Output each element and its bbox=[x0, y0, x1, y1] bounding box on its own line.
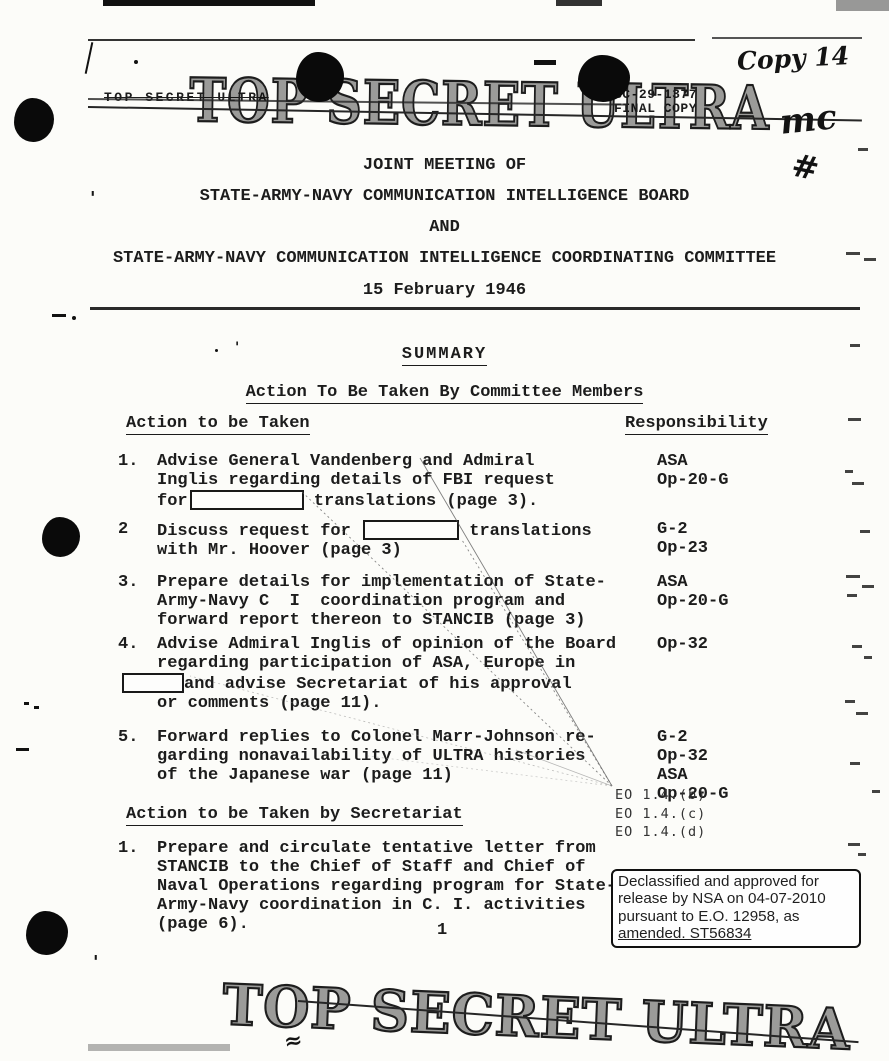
scan-artifact bbox=[85, 42, 94, 74]
title-line-1: JOINT MEETING OF bbox=[0, 156, 889, 175]
column-header-responsibility: Responsibility bbox=[625, 414, 768, 435]
hash-mark-annotation: # bbox=[788, 146, 822, 189]
scan-artifact bbox=[836, 0, 889, 11]
summary-heading: SUMMARY bbox=[402, 345, 487, 366]
scan-artifact: ' bbox=[93, 952, 99, 973]
scan-artifact bbox=[88, 1044, 230, 1051]
scan-artifact bbox=[858, 148, 868, 151]
action-item: 1.Advise General Vandenberg and AdmiralI… bbox=[118, 452, 889, 511]
action-text-line: of the Japanese war (page 11) bbox=[157, 766, 657, 785]
scan-artifact bbox=[103, 0, 315, 6]
redaction-box bbox=[190, 490, 304, 510]
scan-artifact bbox=[52, 314, 66, 317]
scan-artifact: ' bbox=[235, 340, 239, 356]
secretariat-actions-heading: Action to be Taken by Secretariat bbox=[126, 805, 463, 826]
title-line-2: STATE-ARMY-NAVY COMMUNICATION INTELLIGEN… bbox=[0, 187, 889, 206]
scan-artifact bbox=[88, 39, 695, 41]
action-text-line: Army-Navy C I coordination program and bbox=[157, 592, 657, 611]
scan-artifact bbox=[862, 585, 874, 588]
divider-rule bbox=[90, 307, 860, 310]
declass-line: release by NSA on 04-07-2010 bbox=[618, 890, 856, 907]
copy-number-annotation: Copy 14 bbox=[736, 41, 849, 76]
committee-actions-heading: Action To Be Taken By Committee Members bbox=[246, 383, 644, 404]
item-number: 1. bbox=[118, 452, 157, 511]
scan-artifact bbox=[846, 252, 860, 255]
responsibility-line: G-2 bbox=[657, 728, 889, 747]
action-item: 2Discuss request for translationswith Mr… bbox=[118, 520, 889, 560]
ink-blot bbox=[14, 98, 54, 142]
action-text-line: forward report thereon to STANCIB (page … bbox=[157, 611, 657, 630]
redaction-box bbox=[122, 673, 184, 693]
scan-artifact bbox=[134, 60, 138, 64]
action-text-line: Naval Operations regarding program for S… bbox=[157, 877, 657, 896]
scan-artifact bbox=[556, 0, 602, 6]
scan-artifact bbox=[852, 645, 862, 648]
action-text-line: Army-Navy coordination in C. I. activiti… bbox=[157, 896, 657, 915]
scan-artifact bbox=[856, 712, 868, 715]
action-item: 4.Advise Admiral Inglis of opinion of th… bbox=[118, 635, 889, 713]
top-secret-ultra-stamp-top: TOP SECRET ULTRA bbox=[189, 66, 770, 144]
top-secret-ultra-stamp-bottom: TOP SECRET ULTRA bbox=[221, 972, 852, 1061]
action-text-line: for translations (page 3). bbox=[157, 490, 657, 511]
responsibility: G-2Op-23 bbox=[657, 520, 889, 560]
action-text-line: Prepare and circulate tentative letter f… bbox=[157, 839, 657, 858]
item-number: 2 bbox=[118, 520, 157, 560]
action-text-line: and advise Secretariat of his approval bbox=[157, 673, 657, 694]
declass-line: pursuant to E.O. 12958, as bbox=[618, 908, 856, 925]
scan-artifact bbox=[215, 349, 218, 352]
action-text-line: (page 6). bbox=[157, 915, 657, 934]
action-text: Prepare details for implementation of St… bbox=[157, 573, 657, 630]
action-text: Discuss request for translationswith Mr.… bbox=[157, 520, 657, 560]
scan-artifact bbox=[846, 575, 860, 578]
scan-artifact bbox=[864, 656, 872, 659]
scan-artifact bbox=[845, 470, 853, 473]
responsibility-line: G-2 bbox=[657, 520, 889, 539]
scan-artifact bbox=[72, 316, 76, 320]
ink-blot bbox=[534, 60, 556, 65]
responsibility-line: ASA bbox=[657, 766, 889, 785]
action-text-line: STANCIB to the Chief of Staff and Chief … bbox=[157, 858, 657, 877]
scan-artifact bbox=[848, 843, 860, 846]
title-date: 15 February 1946 bbox=[0, 281, 889, 300]
title-line-4: STATE-ARMY-NAVY COMMUNICATION INTELLIGEN… bbox=[0, 249, 889, 268]
scan-artifact bbox=[860, 530, 870, 533]
scan-artifact bbox=[24, 702, 29, 705]
redaction-box bbox=[363, 520, 459, 540]
eo-exemption-labels: EO 1.4.(b) EO 1.4.(c) EO 1.4.(d) bbox=[615, 786, 706, 842]
scan-artifact bbox=[16, 748, 29, 751]
item-number: 1. bbox=[118, 839, 157, 934]
column-header-action: Action to be Taken bbox=[126, 414, 310, 435]
responsibility-line: Op-23 bbox=[657, 539, 889, 558]
action-text-line: or comments (page 11). bbox=[157, 694, 657, 713]
scan-artifact bbox=[852, 482, 864, 485]
action-text-line: Advise General Vandenberg and Admiral bbox=[157, 452, 657, 471]
action-text: Prepare and circulate tentative letter f… bbox=[157, 839, 657, 934]
action-text-line: with Mr. Hoover (page 3) bbox=[157, 541, 657, 560]
responsibility-line: ASA bbox=[657, 452, 889, 471]
item-number: 5. bbox=[118, 728, 157, 804]
responsibility-line: Op-20-G bbox=[657, 471, 889, 490]
initials-annotation: mc bbox=[778, 97, 839, 143]
scan-artifact bbox=[848, 418, 861, 421]
action-text-line: Discuss request for translations bbox=[157, 520, 657, 541]
title-line-3: AND bbox=[0, 218, 889, 237]
eo-exemption-label: EO 1.4.(b) bbox=[615, 786, 706, 805]
declassification-stamp: Declassified and approved for release by… bbox=[611, 869, 861, 948]
action-text-line: Prepare details for implementation of St… bbox=[157, 573, 657, 592]
scan-artifact bbox=[872, 790, 880, 793]
scan-artifact bbox=[847, 594, 857, 597]
action-item: 5.Forward replies to Colonel Marr-Johnso… bbox=[118, 728, 889, 804]
action-text-line: Forward replies to Colonel Marr-Johnson … bbox=[157, 728, 657, 747]
document-page: TOP SECRET ULTRA SC-29-1377 FINAL COPY T… bbox=[0, 0, 889, 1061]
action-text: Forward replies to Colonel Marr-Johnson … bbox=[157, 728, 657, 804]
scan-artifact bbox=[34, 706, 39, 709]
declass-line: Declassified and approved for bbox=[618, 873, 856, 890]
eo-exemption-label: EO 1.4.(c) bbox=[615, 805, 706, 824]
ink-blot bbox=[26, 911, 68, 955]
item-number: 3. bbox=[118, 573, 157, 630]
action-text: Advise Admiral Inglis of opinion of the … bbox=[157, 635, 657, 713]
declass-line: amended. ST56834 bbox=[618, 925, 856, 942]
action-text-line: Advise Admiral Inglis of opinion of the … bbox=[157, 635, 657, 654]
scan-artifact bbox=[850, 762, 860, 765]
scan-artifact bbox=[850, 344, 860, 347]
action-item: 3.Prepare details for implementation of … bbox=[118, 573, 889, 630]
action-text-line: Inglis regarding details of FBI request bbox=[157, 471, 657, 490]
action-text: Advise General Vandenberg and AdmiralIng… bbox=[157, 452, 657, 511]
eo-exemption-label: EO 1.4.(d) bbox=[615, 823, 706, 842]
page-number: 1 bbox=[437, 921, 447, 940]
action-text-line: regarding participation of ASA, Europe i… bbox=[157, 654, 657, 673]
scan-artifact: ' bbox=[90, 188, 96, 209]
responsibility: ASAOp-20-G bbox=[657, 573, 889, 630]
scan-artifact bbox=[845, 700, 855, 703]
committee-actions-list: 1.Advise General Vandenberg and AdmiralI… bbox=[0, 452, 889, 804]
scan-artifact bbox=[712, 37, 862, 39]
action-text-line: garding nonavailability of ULTRA histori… bbox=[157, 747, 657, 766]
scan-artifact bbox=[864, 258, 876, 261]
scan-artifact bbox=[858, 853, 866, 856]
